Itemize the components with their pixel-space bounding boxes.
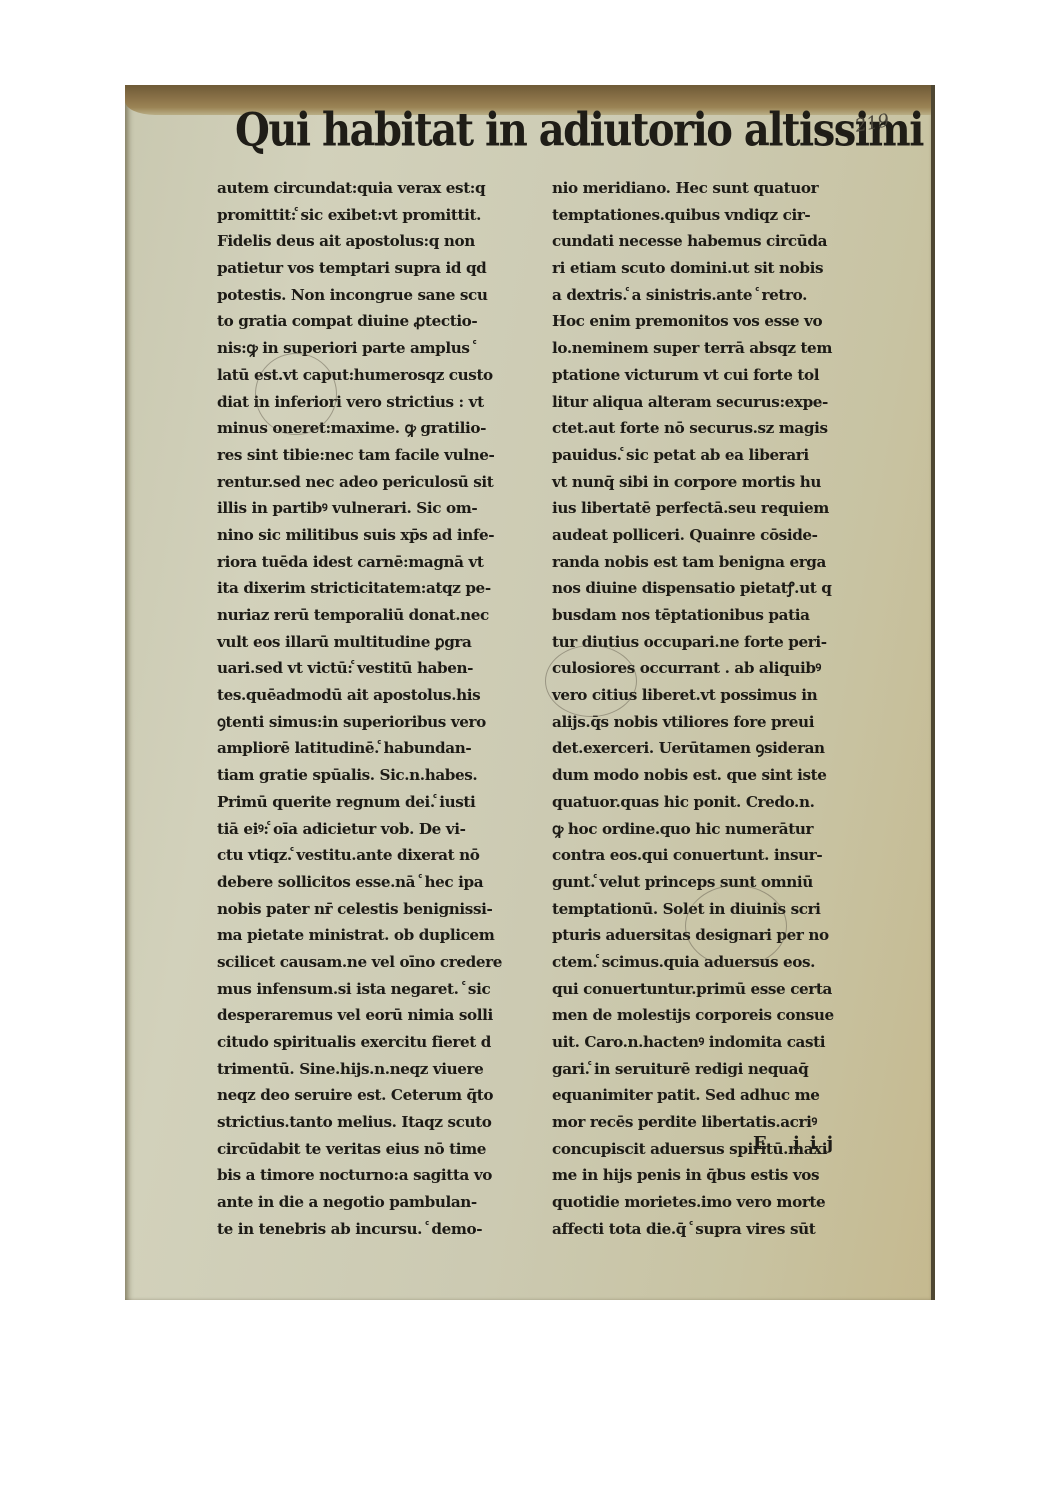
text-line: nio meridiano. Hec sunt quatuor bbox=[552, 175, 892, 202]
text-line: equanimiter patit. Sed adhuc me bbox=[552, 1082, 892, 1109]
text-line: nuriaz rerū temporaliū donat.nec bbox=[217, 602, 547, 629]
text-line: vult eos illarū multitudine ꝑgra bbox=[217, 629, 547, 656]
text-line: uit. Caro.n.hactenꝰ indomita casti bbox=[552, 1029, 892, 1056]
text-line: culosiores occurrant . ab aliquibꝰ bbox=[552, 655, 892, 682]
text-line: minus oneret:maxime. ꝙ gratilio- bbox=[217, 415, 547, 442]
text-line: ampliorē latitudinē.ⷭ habundan- bbox=[217, 735, 547, 762]
text-line: riora tuēda idest carnē:magnā vt bbox=[217, 549, 547, 576]
text-line: ctet.aut forte nō securus.sz magis bbox=[552, 415, 892, 442]
text-line: qui conuertuntur.primū esse certa bbox=[552, 976, 892, 1003]
text-line: nos diuine dispensatio pietatꝭ.ut q bbox=[552, 575, 892, 602]
text-line: scilicet causam.ne vel oīno credere bbox=[217, 949, 547, 976]
text-line: ctem.ⷭ scimus.quia aduersus eos. bbox=[552, 949, 892, 976]
text-line: Hoc enim premonitos vos esse vo bbox=[552, 308, 892, 335]
page-right-edge bbox=[931, 85, 935, 1300]
text-line: latū est.vt caput:humerosqz custo bbox=[217, 362, 547, 389]
text-line: quatuor.quas hic ponit. Credo.n. bbox=[552, 789, 892, 816]
text-line: nino sic militibus suis xp̄s ad infe- bbox=[217, 522, 547, 549]
running-title: Qui habitat in adiutorio altissimi bbox=[235, 103, 835, 157]
text-line: ctu vtiqz.ⷭ vestitu.ante dixerat nō bbox=[217, 842, 547, 869]
text-line: alijs.q̄s nobis vtiliores fore preui bbox=[552, 709, 892, 736]
text-line: ante in die a negotio pambulan- bbox=[217, 1189, 547, 1216]
text-line: circūdabit te veritas eius nō time bbox=[217, 1136, 547, 1163]
text-line: ri etiam scuto domini.ut sit nobis bbox=[552, 255, 892, 282]
text-line: Primū querite regnum dei.ⷭ iusti bbox=[217, 789, 547, 816]
text-line: vero citius liberet.vt possimus in bbox=[552, 682, 892, 709]
text-line: uari.sed vt victū:ⷭ vestitū haben- bbox=[217, 655, 547, 682]
text-line: gari.ⷭ in seruiturē redigi nequaq̄ bbox=[552, 1056, 892, 1083]
text-line: neqz deo seruire est. Ceterum q̄to bbox=[217, 1082, 547, 1109]
text-line: me in hijs penis in q̄bus estis vos bbox=[552, 1162, 892, 1189]
text-line: lo.neminem super terrā absqz tem bbox=[552, 335, 892, 362]
text-line: Fidelis deus ait apostolus:q non bbox=[217, 228, 547, 255]
text-line: pturis aduersitas designari per no bbox=[552, 922, 892, 949]
text-line: to gratia compat diuine ꝓtectio- bbox=[217, 308, 547, 335]
text-line: ꝙ hoc ordine.quo hic numerātur bbox=[552, 816, 892, 843]
text-line: ma pietate ministrat. ob duplicem bbox=[217, 922, 547, 949]
text-line: temptationū. Solet in diuinis scri bbox=[552, 896, 892, 923]
text-line: potestis. Non incongrue sane scu bbox=[217, 282, 547, 309]
text-line: contra eos.qui conuertunt. insur- bbox=[552, 842, 892, 869]
text-line: vt nunq̄ sibi in corpore mortis hu bbox=[552, 469, 892, 496]
text-line: bis a timore nocturno:a sagitta vo bbox=[217, 1162, 547, 1189]
scanned-page: Qui habitat in adiutorio altissimi 219 a… bbox=[125, 85, 935, 1300]
text-line: temptationes.quibus vndiqz cir- bbox=[552, 202, 892, 229]
text-line: a dextris.ⷭ a sinistris.ante ⷭ retro. bbox=[552, 282, 892, 309]
text-line: patietur vos temptari supra id qd bbox=[217, 255, 547, 282]
text-line: promittit:ⷭ sic exibet:vt promittit. bbox=[217, 202, 547, 229]
text-line: nobis pater nr̄ celestis benignissi- bbox=[217, 896, 547, 923]
text-line: rentur.sed nec adeo periculosū sit bbox=[217, 469, 547, 496]
text-line: nis:ꝙ in superiori parte amplus ⷭ bbox=[217, 335, 547, 362]
text-line: diat in inferiori vero strictius : vt bbox=[217, 389, 547, 416]
text-line: res sint tibie:nec tam facile vulne- bbox=[217, 442, 547, 469]
text-line: ꝯtenti simus:in superioribus vero bbox=[217, 709, 547, 736]
text-line: trimentū. Sine.hijs.n.neqz viuere bbox=[217, 1056, 547, 1083]
text-line: pauidus.ⷭ sic petat ab ea liberari bbox=[552, 442, 892, 469]
text-line: mus infensum.si ista negaret. ⷭ sic bbox=[217, 976, 547, 1003]
text-line: illis in partibꝰ vulnerari. Sic om- bbox=[217, 495, 547, 522]
text-line: autem circundat:quia verax est:q bbox=[217, 175, 547, 202]
text-line: men de molestijs corporeis consue bbox=[552, 1002, 892, 1029]
text-line: busdam nos tēptationibus patia bbox=[552, 602, 892, 629]
text-line: mor recēs perdite libertatis.acriꝰ bbox=[552, 1109, 892, 1136]
text-line: tiā eiꝰ:ⷭ oīa adicietur vob. De vi- bbox=[217, 816, 547, 843]
text-line: randa nobis est tam benigna erga bbox=[552, 549, 892, 576]
text-line: gunt.ⷭ velut princeps sunt omniū bbox=[552, 869, 892, 896]
text-line: quotidie morietes.imo vero morte bbox=[552, 1189, 892, 1216]
text-line: litur aliqua alteram securus:expe- bbox=[552, 389, 892, 416]
text-column-left: autem circundat:quia verax est:qpromitti… bbox=[217, 175, 547, 1243]
text-line: det.exerceri. Uerūtamen ꝯsideran bbox=[552, 735, 892, 762]
text-line: strictius.tanto melius. Itaqz scuto bbox=[217, 1109, 547, 1136]
text-line: citudo spiritualis exercitu fieret d bbox=[217, 1029, 547, 1056]
text-line: ptatione victurum vt cui forte tol bbox=[552, 362, 892, 389]
text-line: affecti tota die.q̄ ⷭ supra vires sūt bbox=[552, 1216, 892, 1243]
text-line: tes.quēadmodū ait apostolus.his bbox=[217, 682, 547, 709]
text-column-right: nio meridiano. Hec sunt quatuortemptatio… bbox=[552, 175, 892, 1243]
text-line: ita dixerim stricticitatem:atqz pe- bbox=[217, 575, 547, 602]
text-line: cundati necesse habemus circūda bbox=[552, 228, 892, 255]
text-line: tur diutius occupari.ne forte peri- bbox=[552, 629, 892, 656]
text-line: tiam gratie spūalis. Sic.n.habes. bbox=[217, 762, 547, 789]
text-line: dum modo nobis est. que sint iste bbox=[552, 762, 892, 789]
text-line: debere sollicitos esse.nā ⷭ hec ipa bbox=[217, 869, 547, 896]
text-line: desperaremus vel eorū nimia solli bbox=[217, 1002, 547, 1029]
text-line: te in tenebris ab incursu. ⷭ demo- bbox=[217, 1216, 547, 1243]
text-line: audeat polliceri. Quainre cōside- bbox=[552, 522, 892, 549]
signature-mark: E iij bbox=[753, 1133, 843, 1154]
text-line: ius libertatē perfectā.seu requiem bbox=[552, 495, 892, 522]
